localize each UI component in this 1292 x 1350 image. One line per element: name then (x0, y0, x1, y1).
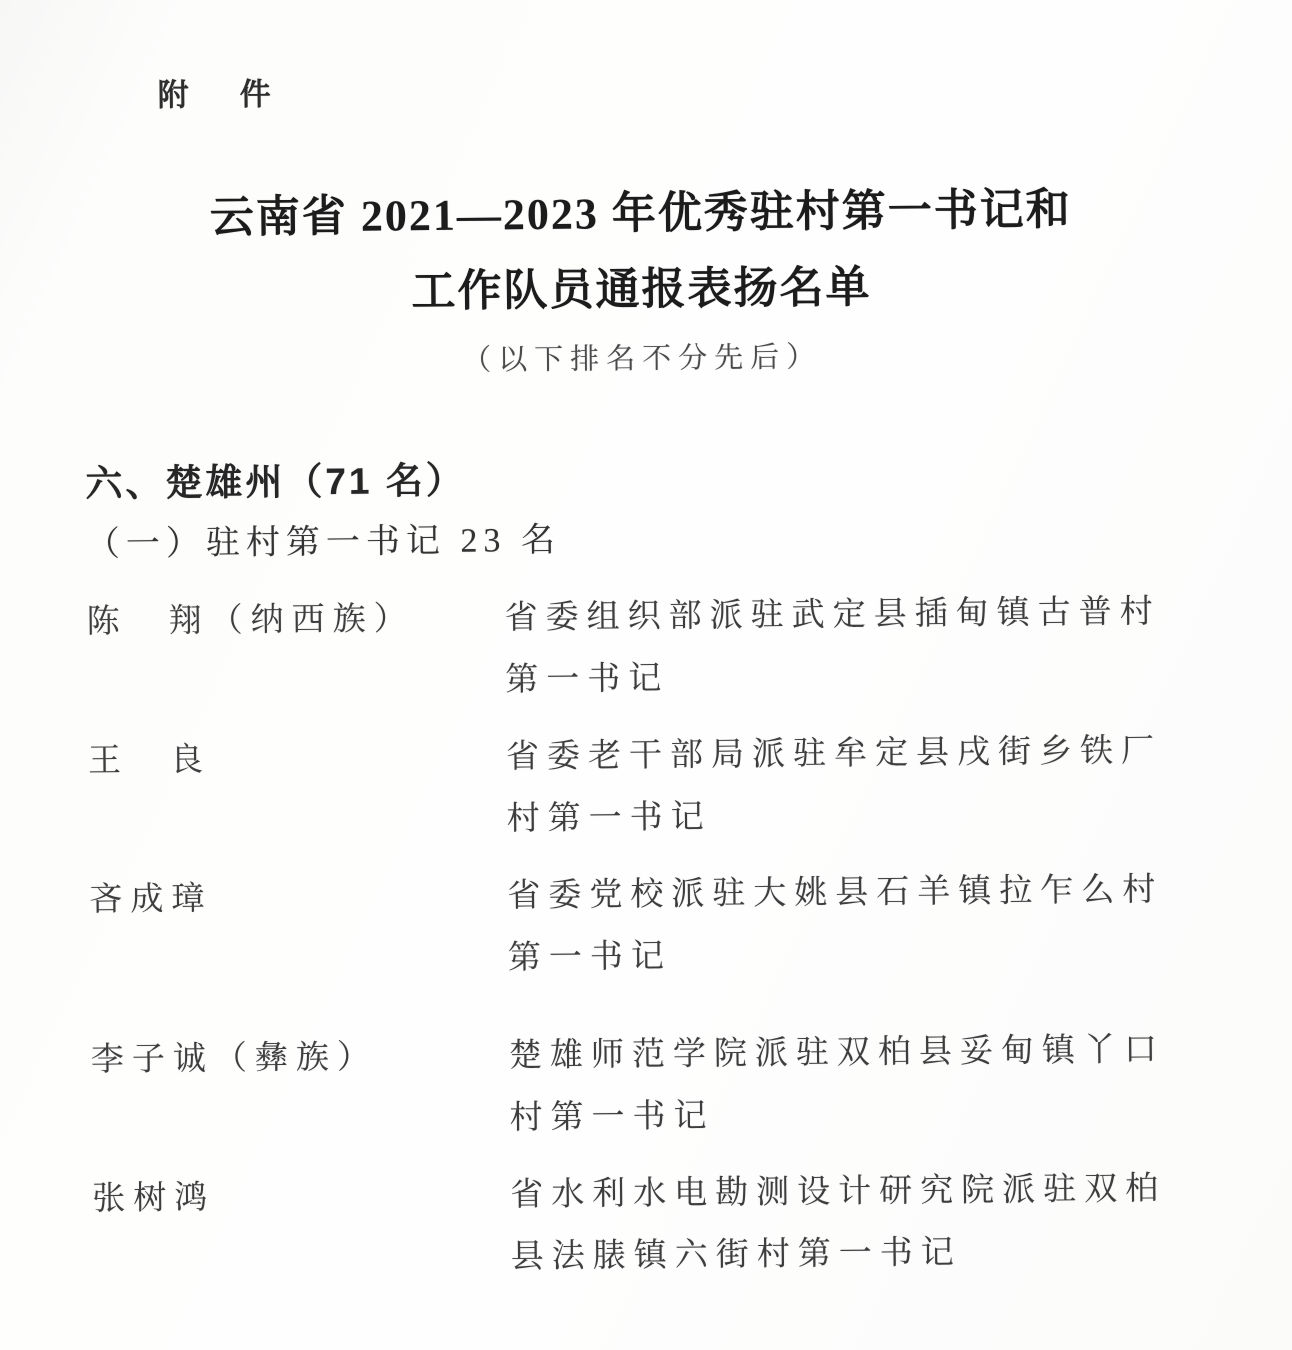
entry-desc-line-1: 省委老干部局派驻牟定县戌街乡铁厂 (506, 720, 1205, 789)
entry-desc-line-2: 村第一书记 (509, 1081, 1208, 1150)
list-item: 陈 翔（纳西族） 省委组织部派驻武定县插甸镇古普村 第一书记 (86, 581, 1203, 716)
entry-desc-line-1: 省委组织部派驻武定县插甸镇古普村 (504, 581, 1203, 650)
entry-name: 王 良 (88, 726, 507, 792)
list-item: 张树鸿 省水利水电勘测设计研究院派驻双柏 县法脿镇六街村第一书记 (92, 1158, 1209, 1293)
entry-name: 吝成璋 (89, 865, 508, 931)
entry-name: 李子诚（彝族） (91, 1025, 510, 1091)
document-title: 云南省 2021—2023 年优秀驻村第一书记和 工作队员通报表扬名单 (82, 171, 1199, 334)
document-title-line-2: 工作队员通报表扬名单 (83, 247, 1200, 334)
entry-desc-line-2: 第一书记 (505, 643, 1204, 712)
attachment-label: 附 件 (157, 65, 1197, 117)
entry-desc-line-2: 村第一书记 (506, 782, 1205, 851)
entry-desc-line-2: 县法脿镇六街村第一书记 (511, 1220, 1210, 1289)
subsection-heading: （一）驻村第一书记 23 名 (86, 510, 1202, 571)
document-title-line-1: 云南省 2021—2023 年优秀驻村第一书记和 (82, 171, 1199, 258)
list-item: 吝成璋 省委党校派驻大姚县石羊镇拉乍么村 第一书记 (89, 859, 1206, 994)
entry-description: 省委老干部局派驻牟定县戌街乡铁厂 村第一书记 (506, 720, 1205, 851)
section-heading: 六、楚雄州（71 名） (85, 448, 1201, 511)
ranking-note: （以下排名不分先后） (84, 331, 1200, 388)
entry-name: 陈 翔（纳西族） (86, 587, 505, 653)
entry-name: 张树鸿 (92, 1164, 511, 1230)
honoree-list: 陈 翔（纳西族） 省委组织部派驻武定县插甸镇古普村 第一书记 王 良 省委老干部… (86, 581, 1209, 1293)
entry-desc-line-1: 省水利水电勘测设计研究院派驻双柏 (510, 1158, 1209, 1227)
list-item: 李子诚（彝族） 楚雄师范学院派驻双柏县妥甸镇丫口 村第一书记 (91, 1019, 1208, 1154)
entry-description: 省委组织部派驻武定县插甸镇古普村 第一书记 (504, 581, 1203, 712)
entry-description: 省委党校派驻大姚县石羊镇拉乍么村 第一书记 (507, 859, 1206, 990)
entry-desc-line-1: 楚雄师范学院派驻双柏县妥甸镇丫口 (509, 1019, 1208, 1088)
entry-description: 省水利水电勘测设计研究院派驻双柏 县法脿镇六街村第一书记 (510, 1158, 1209, 1289)
scanned-document-page: 附 件 云南省 2021—2023 年优秀驻村第一书记和 工作队员通报表扬名单 … (0, 0, 1292, 1350)
list-item: 王 良 省委老干部局派驻牟定县戌街乡铁厂 村第一书记 (88, 720, 1205, 855)
entry-desc-line-2: 第一书记 (508, 921, 1207, 990)
entry-desc-line-1: 省委党校派驻大姚县石羊镇拉乍么村 (507, 859, 1206, 928)
entry-description: 楚雄师范学院派驻双柏县妥甸镇丫口 村第一书记 (509, 1019, 1208, 1150)
document-content: 附 件 云南省 2021—2023 年优秀驻村第一书记和 工作队员通报表扬名单 … (0, 0, 1292, 1308)
